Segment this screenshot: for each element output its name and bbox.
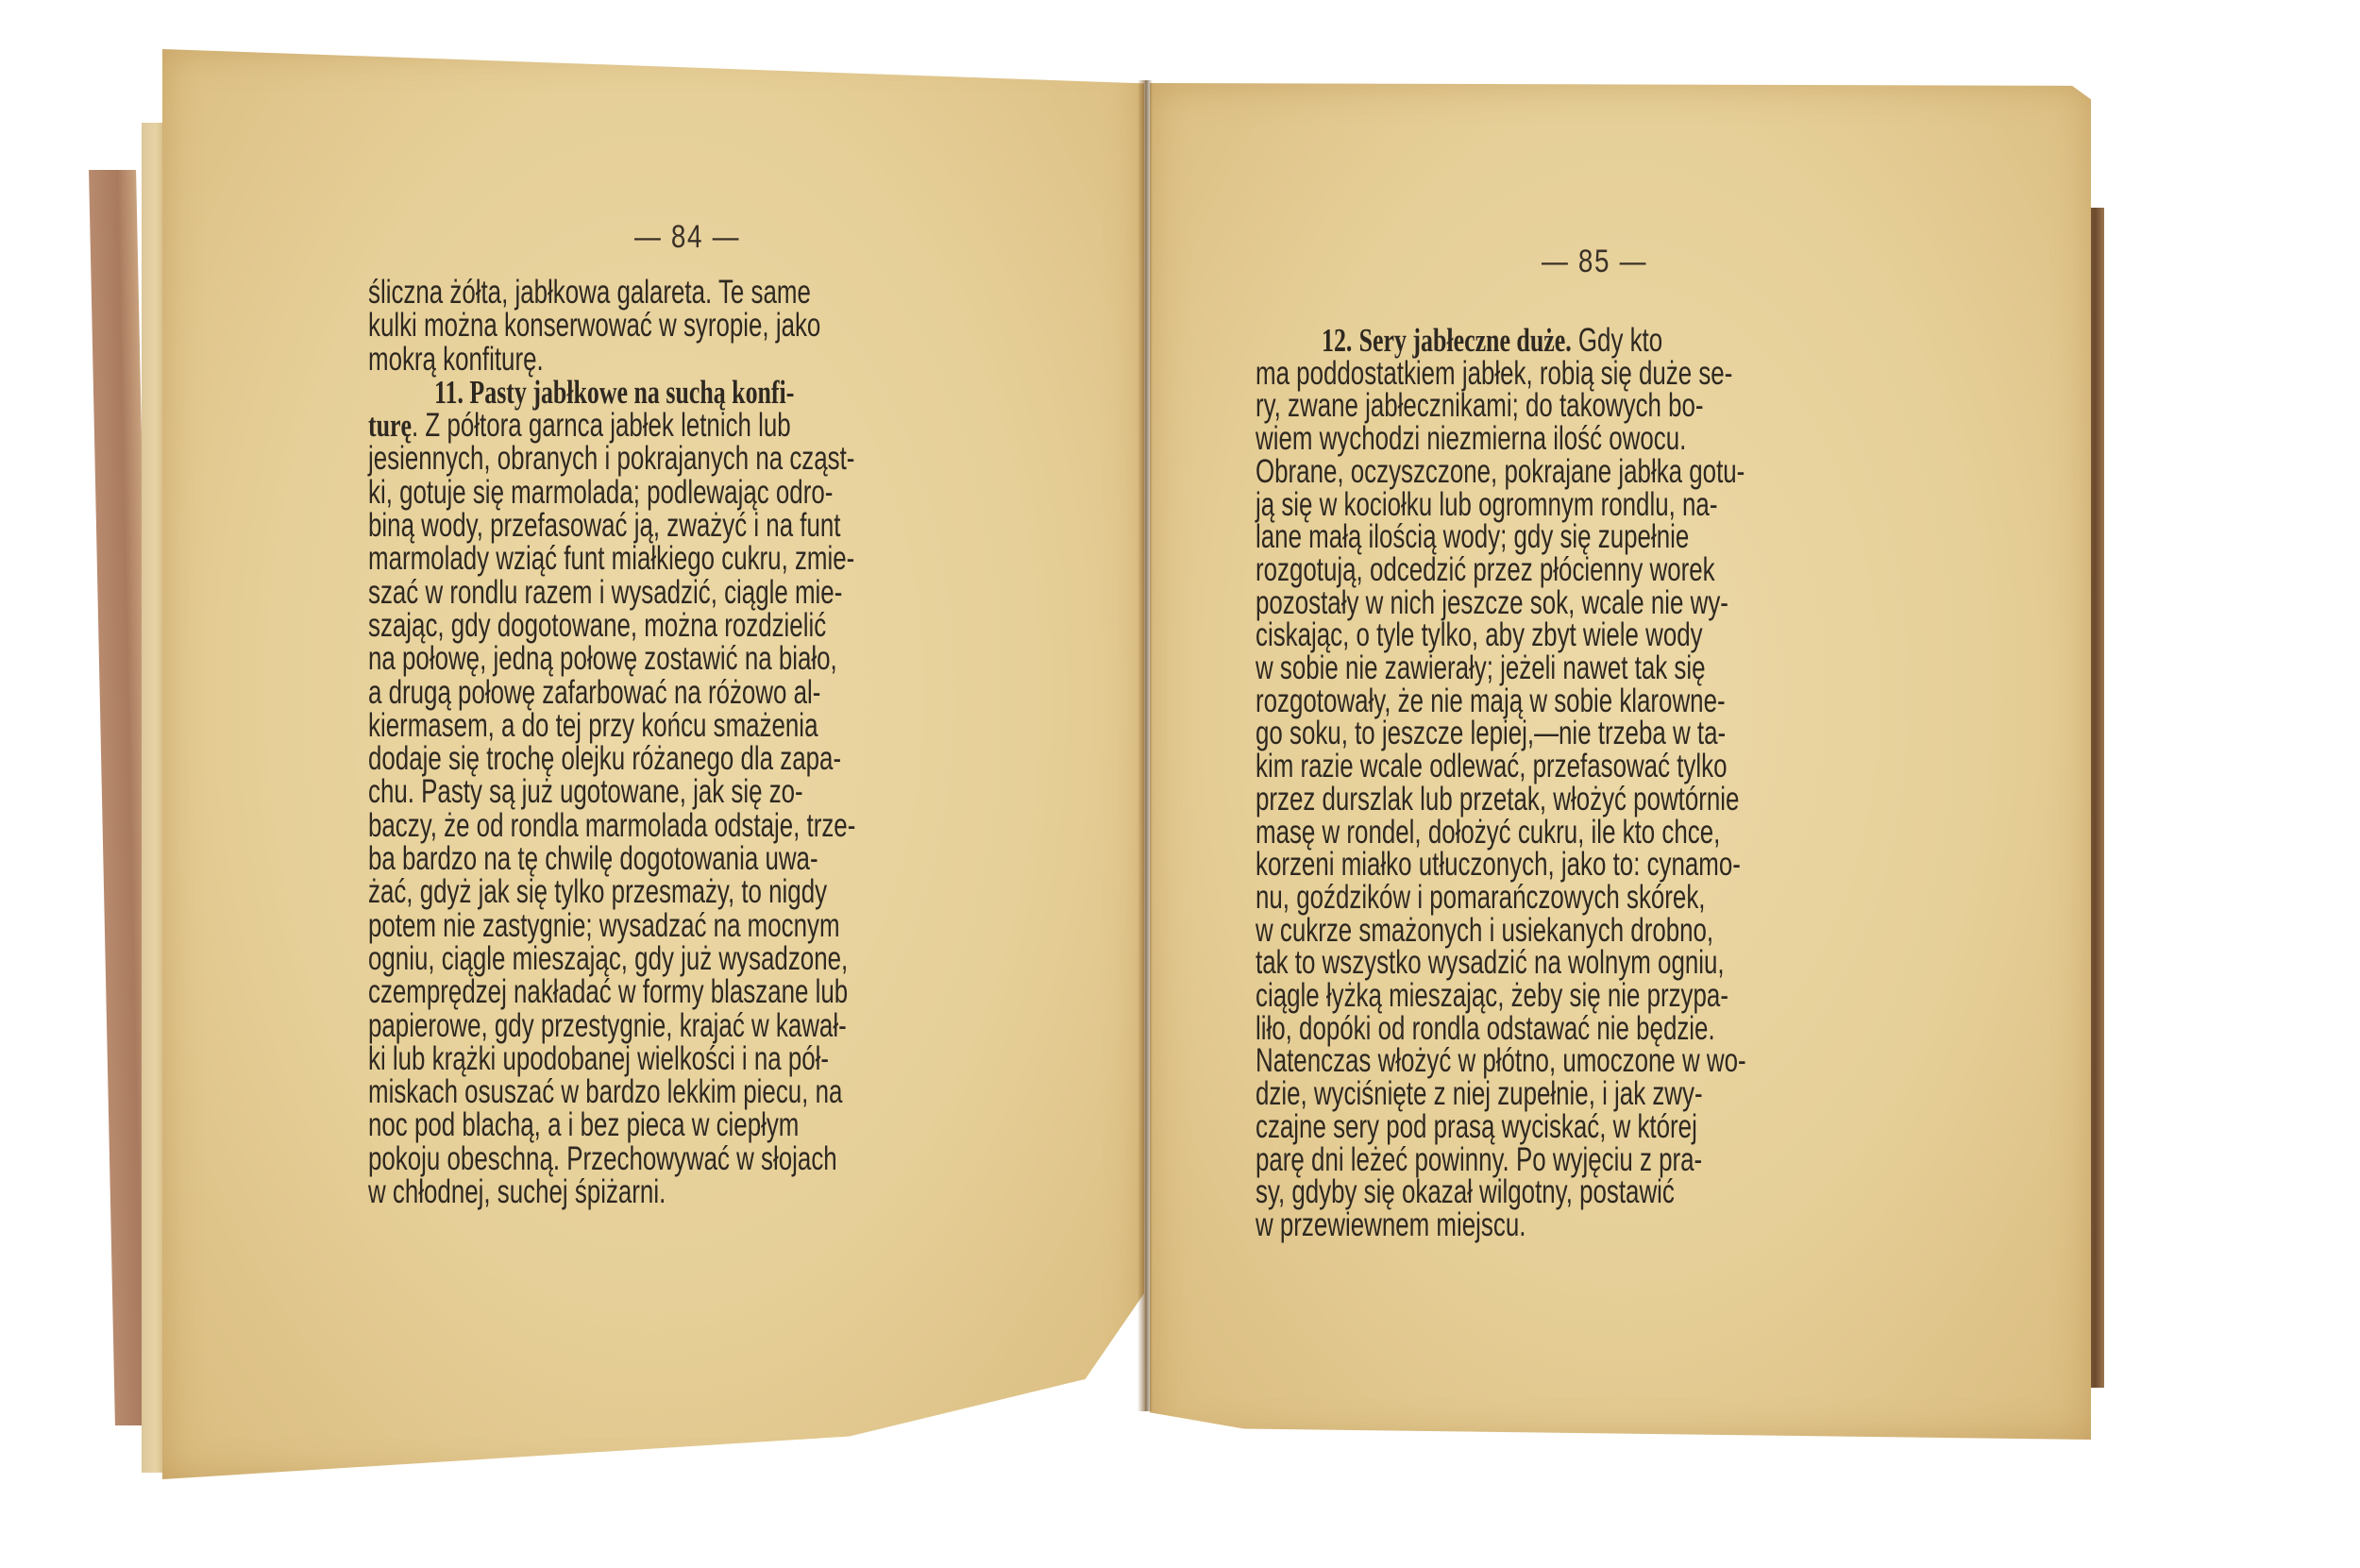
text-line: dzie, wyciśnięte z niej zupełnie, i jak … xyxy=(1256,1078,1921,1111)
section-heading-12: 12. Sery jabłeczne duże. Gdy kto xyxy=(1256,325,1921,358)
open-book: — 84 — śliczna żółta, jabłkowa galareta.… xyxy=(0,0,2360,1568)
text-line: kiermasem, a do tej przy końcu smażenia xyxy=(368,709,1029,742)
text-line: mokrą konfiturę. xyxy=(368,343,1029,376)
text-line: go soku, to jeszcze lepiej,—nie trzeba w… xyxy=(1256,717,1921,750)
text-line: ją się w kociołku lub ogromnym rondlu, n… xyxy=(1256,489,1921,522)
text-line: pokoju obeschną. Przechowywać w słojach xyxy=(368,1142,1029,1175)
section-title: Sery jabłeczne duże. xyxy=(1359,322,1572,359)
right-page: — 85 — 12. Sery jabłeczne duże. Gdy kto … xyxy=(1150,83,2091,1440)
text-line: ogniu, ciągle mieszając, gdy już wysadzo… xyxy=(368,942,1029,975)
page-text: 12. Sery jabłeczne duże. Gdy kto ma podd… xyxy=(1256,325,1921,1242)
text-line: przez durszlak lub przetak, włożyć powtó… xyxy=(1256,784,1921,817)
text-line: pozostały w nich jeszcze sok, wcale nie … xyxy=(1256,587,1921,620)
text-line: w sobie nie zawierały; jeżeli nawet tak … xyxy=(1256,652,1921,685)
page-text: śliczna żółta, jabłkowa galareta. Te sam… xyxy=(368,276,1029,1208)
text-line: śliczna żółta, jabłkowa galareta. Te sam… xyxy=(368,276,1029,309)
text-line: nu, goździków i pomarańczowych skórek, xyxy=(1256,882,1921,915)
text-line: na połowę, jedną połowę zostawić na biał… xyxy=(368,642,1029,675)
page-number: — 84 — xyxy=(634,219,740,256)
text-line: w przewiewnem miejscu. xyxy=(1256,1209,1921,1242)
text-line: szając, gdy dogotowane, można rozdzielić xyxy=(368,609,1029,642)
text-line: w chłodnej, suchej śpiżarni. xyxy=(368,1175,1029,1208)
text-line: ry, zwane jabłecznikami; do takowych bo- xyxy=(1256,390,1921,423)
text-line: lane małą ilością wody; gdy się zupełnie xyxy=(1256,521,1921,554)
section-heading-11: 11. Pasty jabłkowe na suchą konfi- xyxy=(368,376,1029,409)
text-line: Obrane, oczyszczone, pokrajane jabłka go… xyxy=(1256,456,1921,489)
text-line: miskach osuszać w bardzo lekkim piecu, n… xyxy=(368,1075,1029,1108)
text-line: parę dni leżeć powinny. Po wyjęciu z pra… xyxy=(1256,1144,1921,1177)
section-number: 12. xyxy=(1322,322,1352,359)
left-page: — 84 — śliczna żółta, jabłkowa galareta.… xyxy=(162,49,1144,1479)
text-line: turę. Z półtora garnca jabłek letnich lu… xyxy=(368,409,1029,442)
text-line: biną wody, przefasować ją, zważyć i na f… xyxy=(368,509,1029,542)
text-line: a drugą połowę zafarbować na różowo al- xyxy=(368,676,1029,709)
text-line: ba bardzo na tę chwilę dogotowania uwa- xyxy=(368,842,1029,875)
text-line: dodaje się trochę olejku różanego dla za… xyxy=(368,742,1029,775)
text-line: marmolady wziąć funt miałkiego cukru, zm… xyxy=(368,542,1029,575)
text-line: papierowe, gdy przestygnie, krajać w kaw… xyxy=(368,1009,1029,1042)
text-line: kulki można konserwować w syropie, jako xyxy=(368,309,1029,342)
text-line: Natenczas włożyć w płótno, umoczone w wo… xyxy=(1256,1045,1921,1078)
text-line: czemprędzej nakładać w formy blaszane lu… xyxy=(368,975,1029,1008)
text-line: ciskając, o tyle tylko, aby zbyt wiele w… xyxy=(1256,619,1921,652)
text-line: noc pod blachą, a i bez pieca w ciepłym xyxy=(368,1108,1029,1141)
text-line: sy, gdyby się okazał wilgotny, postawić xyxy=(1256,1176,1921,1209)
text-line: ciągle łyżką mieszając, żeby się nie prz… xyxy=(1256,980,1921,1013)
text-line: korzeni miałko utłuczonych, jako to: cyn… xyxy=(1256,849,1921,882)
text-line: masę w rondel, dołożyć cukru, ile kto ch… xyxy=(1256,817,1921,850)
text-line: chu. Pasty są już ugotowane, jak się zo- xyxy=(368,775,1029,808)
text-line: liło, dopóki od rondla odstawać nie będz… xyxy=(1256,1013,1921,1046)
text-line: baczy, że od rondla marmolada odstaje, t… xyxy=(368,809,1029,842)
text-line: ki, gotuje się marmolada; podlewając odr… xyxy=(368,476,1029,509)
page-number: — 85 — xyxy=(1542,244,1647,280)
section-title-continued: turę xyxy=(368,407,412,444)
section-title: Pasty jabłkowe na suchą konfi- xyxy=(469,374,794,411)
text-line: jesiennych, obranych i pokrajanych na cz… xyxy=(368,442,1029,475)
text-line: czajne sery pod prasą wyciskać, w której xyxy=(1256,1111,1921,1144)
text-line: tak to wszystko wysadzić na wolnym ogniu… xyxy=(1256,947,1921,980)
text-line: ma poddostatkiem jabłek, robią się duże … xyxy=(1256,358,1921,391)
text-line: szać w rondlu razem i wysadzić, ciągle m… xyxy=(368,576,1029,609)
text-line: wiem wychodzi niezmierna ilość owocu. xyxy=(1256,423,1921,456)
text-line: potem nie zastygnie; wysadzać na mocnym xyxy=(368,909,1029,942)
book-gutter xyxy=(1138,80,1153,1411)
text-line: w cukrze smażonych i usiekanych drobno, xyxy=(1256,915,1921,948)
text-line: kim razie wcale odlewać, przefasować tyl… xyxy=(1256,750,1921,784)
text-line: ki lub krążki upodobanej wielkości i na … xyxy=(368,1042,1029,1075)
section-number: 11. xyxy=(434,374,464,411)
text-line: żać, gdyż jak się tylko przesmaży, to ni… xyxy=(368,875,1029,908)
text-line: rozgotują, odcedzić przez płócienny wore… xyxy=(1256,554,1921,587)
text-line: rozgotowały, że nie mają w sobie klarown… xyxy=(1256,685,1921,718)
